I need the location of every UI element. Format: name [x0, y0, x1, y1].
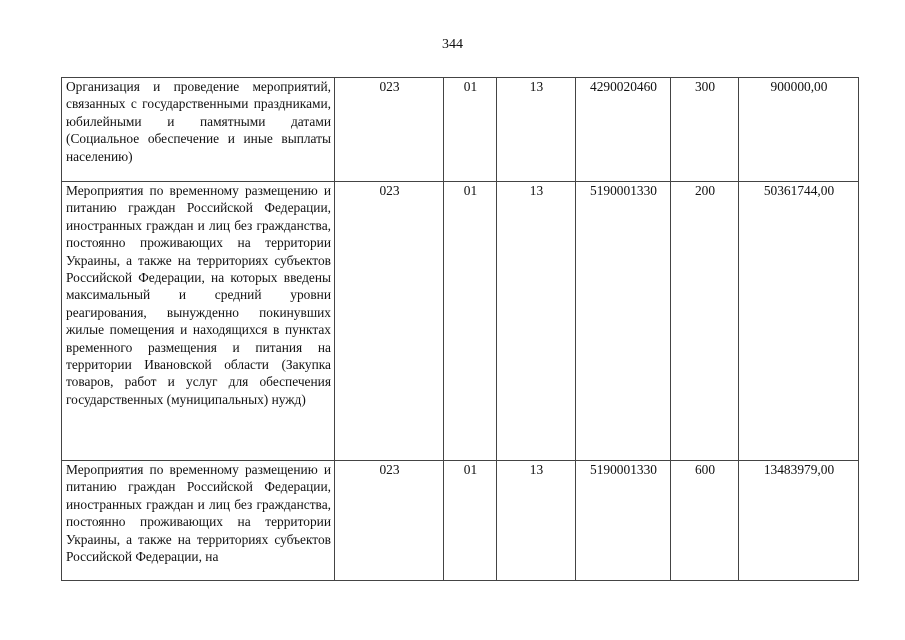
subsection-code: 13 [497, 182, 576, 461]
budget-table: Организация и проведение мероприятий, св… [61, 77, 859, 581]
amount: 13483979,00 [739, 461, 859, 581]
page-number: 344 [0, 37, 905, 53]
expense-type-code: 300 [671, 78, 739, 182]
table-row: Мероприятия по временному размещению и п… [62, 461, 859, 581]
expense-type-code: 600 [671, 461, 739, 581]
subsection-code: 13 [497, 78, 576, 182]
row-description: Организация и проведение мероприятий, св… [62, 78, 335, 182]
ministry-code: 023 [335, 78, 444, 182]
target-article-code: 5190001330 [576, 182, 671, 461]
target-article-code: 4290020460 [576, 78, 671, 182]
table-row: Мероприятия по временному размещению и п… [62, 182, 859, 461]
subsection-code: 13 [497, 461, 576, 581]
row-description: Мероприятия по временному размещению и п… [62, 461, 335, 581]
table-row: Организация и проведение мероприятий, св… [62, 78, 859, 182]
ministry-code: 023 [335, 461, 444, 581]
section-code: 01 [444, 461, 497, 581]
row-description: Мероприятия по временному размещению и п… [62, 182, 335, 461]
amount: 900000,00 [739, 78, 859, 182]
section-code: 01 [444, 78, 497, 182]
expense-type-code: 200 [671, 182, 739, 461]
ministry-code: 023 [335, 182, 444, 461]
target-article-code: 5190001330 [576, 461, 671, 581]
section-code: 01 [444, 182, 497, 461]
amount: 50361744,00 [739, 182, 859, 461]
